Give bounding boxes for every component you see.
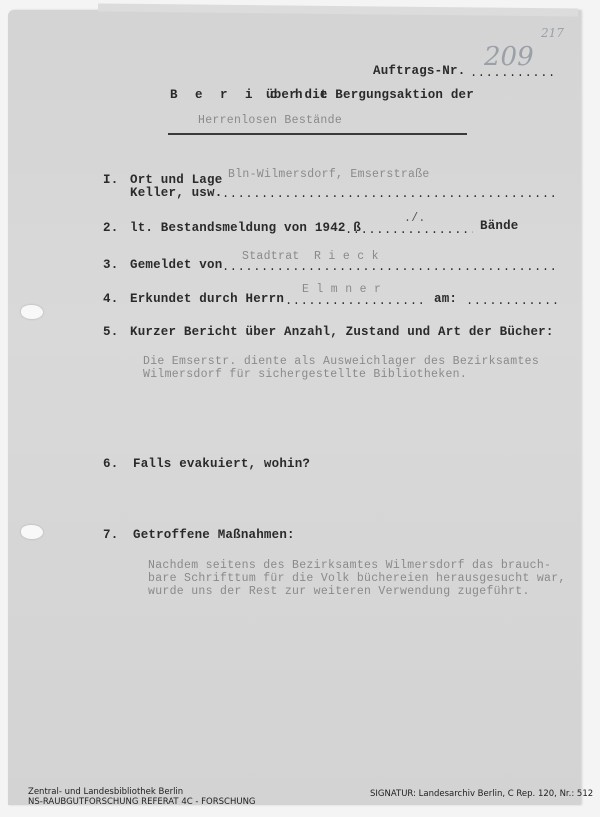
field-5-value-line-1: Die Emserstr. diente als Ausweichlager d…	[143, 355, 539, 368]
field-7-value-line-3: wurde uns der Rest zur weiteren Verwendu…	[148, 585, 530, 598]
punch-hole	[21, 525, 43, 539]
field-2-value: ./.	[404, 212, 426, 225]
field-5-value-line-2: Wilmersdorf für sichergestellte Biblioth…	[143, 368, 467, 381]
field-4-suffix: am:	[434, 292, 457, 306]
field-6-number: 6.	[103, 457, 118, 471]
field-5-number: 5.	[103, 325, 118, 339]
footer-library-line-1: Zentral- und Landesbibliothek Berlin	[28, 787, 183, 797]
archive-page-note: 217	[541, 26, 564, 40]
field-2-number: 2.	[103, 221, 118, 235]
field-5-label: Kurzer Bericht über Anzahl, Zustand und …	[130, 325, 554, 339]
dotted-line: ................................	[345, 226, 473, 234]
field-1-number: I.	[103, 173, 118, 187]
field-2-label: lt. Bestandsmeldung von 1942 ß	[130, 221, 361, 235]
report-title-rest: über die Bergungsaktion der	[266, 88, 474, 102]
field-6-label: Falls evakuiert, wohin?	[133, 457, 310, 471]
order-number-handwritten: 209	[484, 42, 534, 72]
report-subject: Herrenlosen Bestände	[198, 114, 342, 127]
field-4-value: E l m n e r	[302, 283, 381, 296]
document-page	[8, 10, 581, 805]
dotted-line: ........................	[466, 297, 558, 305]
footer-library: Zentral- und Landesbibliothek Berlin NS-…	[28, 787, 256, 807]
field-3-value: Stadtrat R i e c k	[242, 250, 379, 263]
order-number-label: Auftrags-Nr.	[373, 64, 465, 78]
field-7-number: 7.	[103, 528, 118, 542]
field-1-value: Bln-Wilmersdorf, Emserstraße	[228, 168, 430, 181]
field-4-label: Erkundet durch Herrn	[130, 292, 284, 306]
title-underline	[168, 133, 467, 135]
field-7-label: Getroffene Maßnahmen:	[133, 528, 295, 542]
punch-hole	[21, 305, 43, 319]
field-7-value-line-1: Nachdem seitens des Bezirksamtes Wilmers…	[148, 559, 551, 572]
dotted-line: ........................................…	[222, 190, 558, 198]
footer-signature: SIGNATUR: Landesarchiv Berlin, C Rep. 12…	[370, 789, 593, 799]
dotted-line: ....................................	[285, 297, 427, 305]
dotted-line: ........................................…	[222, 263, 558, 271]
field-2-suffix: Bände	[480, 219, 519, 233]
field-3-number: 3.	[103, 258, 118, 272]
field-1-label: Ort und Lage	[130, 173, 222, 187]
field-3-label: Gemeldet von	[130, 258, 222, 272]
field-4-number: 4.	[103, 292, 118, 306]
footer-library-line-2: NS-RAUBGUTFORSCHUNG REFERAT 4C - FORSCHU…	[28, 797, 256, 807]
field-7-value-line-2: bare Schrifttum für die Volk büchereien …	[148, 572, 566, 585]
field-1-label-2: Keller, usw.	[130, 186, 222, 200]
dotted-line: ......................	[470, 69, 558, 77]
